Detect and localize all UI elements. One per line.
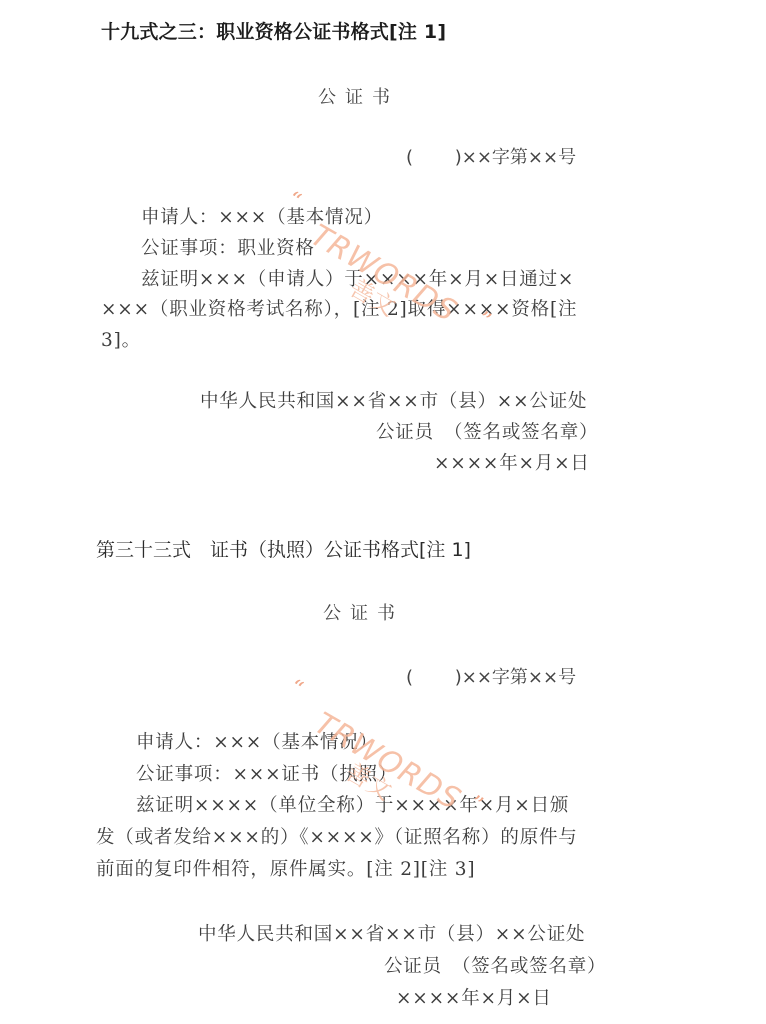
section1-body-line2: ×××（职业资格考试名称），[注 2]取得××××资格[注 [101, 295, 577, 321]
section1-matter: 公证事项：职业资格 [141, 234, 315, 260]
section1-date: ××××年×月×日 [434, 449, 590, 475]
section2-matter: 公证事项：×××证书（执照） [136, 760, 397, 786]
section2-doc-title: 公证书 [323, 599, 404, 625]
watermark-open-quote-icon: “ [285, 675, 307, 702]
section2-body-line3: 前面的复印件相符，原件属实。[注 2][注 3] [96, 855, 475, 881]
section1-applicant: 申请人：×××（基本情况） [141, 203, 383, 229]
section1-notary: 公证员 （签名或签名章） [376, 418, 598, 444]
section1-body-line1: 兹证明×××（申请人）于××××年×月×日通过× [141, 265, 574, 291]
section2-doc-number: ( )××字第××号 [406, 663, 576, 689]
section2-heading: 第三十三式 证书（执照）公证书格式[注 1] [96, 535, 471, 562]
section2-notary: 公证员 （签名或签名章） [384, 952, 606, 978]
section2-body-line1: 兹证明××××（单位全称）于××××年×月×日颁 [136, 791, 569, 817]
section1-doc-title: 公证书 [318, 83, 399, 109]
section1-heading: 十九式之三：职业资格公证书格式[注 1] [101, 17, 446, 44]
section1-doc-number: ( )××字第××号 [406, 143, 576, 169]
section2-date: ××××年×月×日 [396, 984, 552, 1010]
section1-body-line3: 3]。 [101, 326, 141, 352]
section2-office: 中华人民共和国××省××市（县）××公证处 [198, 920, 585, 946]
section2-applicant: 申请人：×××（基本情况） [136, 728, 378, 754]
section1-office: 中华人民共和国××省××市（县）××公证处 [200, 387, 587, 413]
section2-body-line2: 发（或者发给×××的）《××××》（证照名称）的原件与 [96, 823, 578, 849]
